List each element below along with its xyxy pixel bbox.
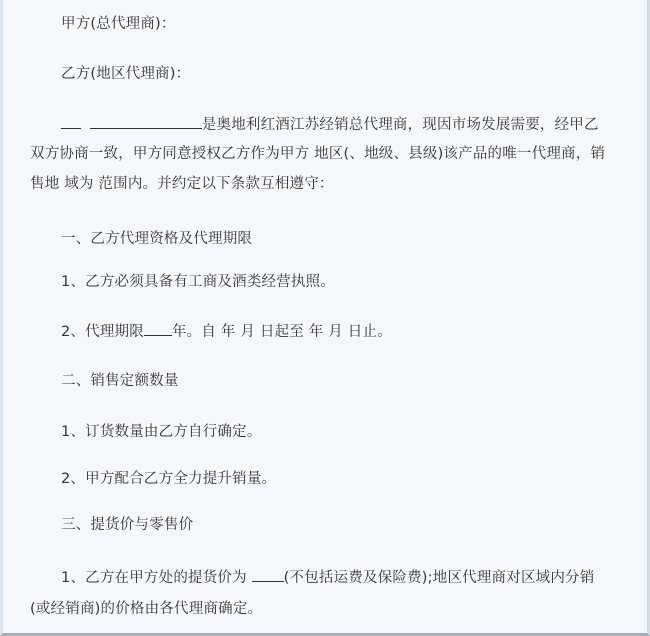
section-2-item-2: 2、甲方配合乙方全力提升销量。 bbox=[61, 469, 276, 489]
section-1-item-1: 1、乙方必须具备有工商及酒类经营执照。 bbox=[61, 272, 335, 292]
section-heading-1: 一、乙方代理资格及代理期限 bbox=[61, 229, 252, 249]
blank-field-years[interactable] bbox=[144, 321, 172, 336]
section-3-item-1-continuation: (或经销商)的价格由各代理商确定。 bbox=[30, 599, 262, 619]
blank-field[interactable] bbox=[61, 114, 81, 129]
section-3-item-1: 1、乙方在甲方处的提货价为 (不包括运费及保险费);地区代理商对区域内分销 bbox=[61, 567, 594, 588]
intro-paragraph-line-2: 双方协商一致，甲方同意授权乙方作为甲方 地区(、地级、县级)该产品的唯一代理商，… bbox=[30, 144, 605, 164]
section-1-item-2: 2、代理期限年。自 年 月 日起至 年 月 日止。 bbox=[61, 321, 392, 342]
document-page: 甲方(总代理商)： 乙方(地区代理商)： 是奥地利红酒江苏经销总代理商，现因市场… bbox=[0, 0, 650, 636]
blank-field-price[interactable] bbox=[252, 567, 284, 582]
item-text-after: 年。自 年 月 日起至 年 月 日止。 bbox=[172, 324, 392, 340]
item-text-before: 1、乙方在甲方处的提货价为 bbox=[61, 570, 252, 586]
intro-paragraph-line-3: 售地 域为 范围内。并约定以下条款互相遵守： bbox=[30, 174, 334, 194]
intro-text: 是奥地利红酒江苏经销总代理商，现因市场发展需要，经甲乙 bbox=[202, 117, 599, 133]
party-b-label: 乙方(地区代理商)： bbox=[61, 64, 190, 84]
section-heading-3: 三、提货价与零售价 bbox=[61, 515, 193, 535]
item-text-after: (不包括运费及保险费);地区代理商对区域内分销 bbox=[284, 570, 595, 586]
section-2-item-1: 1、订货数量由乙方自行确定。 bbox=[61, 422, 262, 442]
party-a-label: 甲方(总代理商)： bbox=[61, 14, 176, 34]
section-heading-2: 二、销售定额数量 bbox=[61, 371, 179, 391]
intro-paragraph-line-1: 是奥地利红酒江苏经销总代理商，现因市场发展需要，经甲乙 bbox=[61, 114, 599, 135]
blank-field-company[interactable] bbox=[90, 114, 202, 129]
item-text-before: 2、代理期限 bbox=[61, 324, 144, 340]
